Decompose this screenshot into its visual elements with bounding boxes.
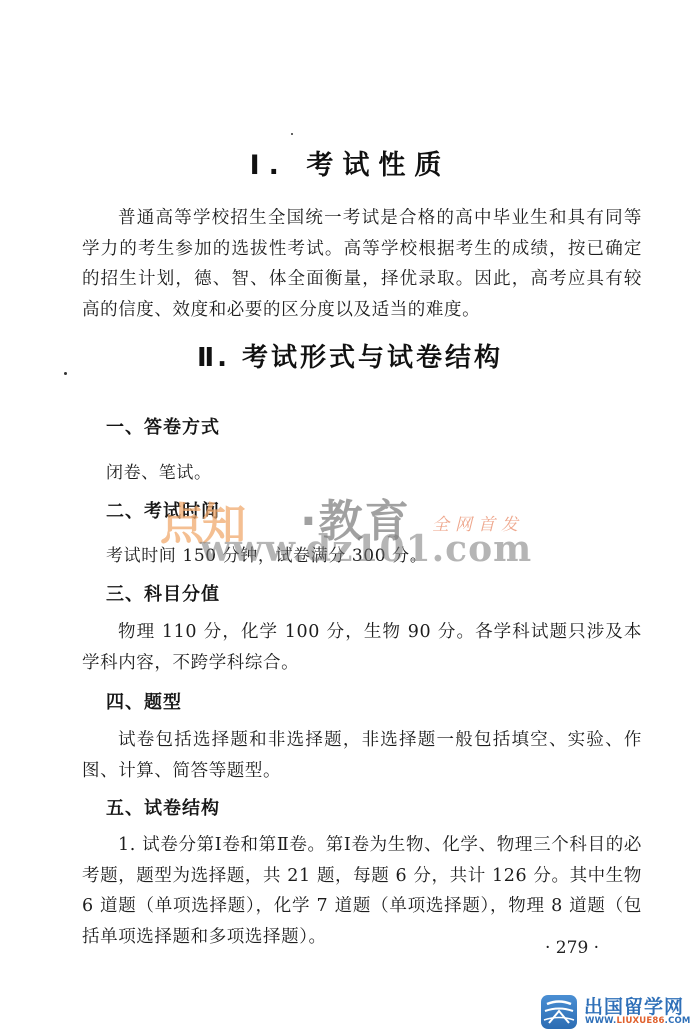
watermark-url: www.dz101.com: [200, 528, 532, 570]
page-number: · 279 ·: [545, 938, 599, 958]
subsection-title-answer-method: 一、答卷方式: [106, 413, 220, 439]
paragraph-exam-nature: 普通高等学校招生全国统一考试是合格的高中毕业生和具有同等学力的考生参加的选拔性考…: [82, 203, 642, 325]
mortarboard-icon: [541, 995, 577, 1029]
subsection-title-paper-structure: 五、试卷结构: [106, 794, 220, 820]
section-heading-exam-nature: Ⅰ. 考试性质: [0, 143, 700, 182]
document-page: Ⅰ. 考试性质 普通高等学校招生全国统一考试是合格的高中毕业生和具有同等学力的考…: [0, 0, 700, 1035]
subsection-title-subject-scores: 三、科目分值: [106, 580, 220, 606]
subsection-body-question-types: 试卷包括选择题和非选择题，非选择题一般包括填空、实验、作图、计算、简答等题型。: [82, 725, 642, 786]
scan-speck: [291, 133, 293, 135]
section-heading-exam-format: Ⅱ. 考试形式与试卷结构: [0, 337, 700, 374]
subsection-body-subject-scores: 物理 110 分，化学 100 分，生物 90 分。各学科试题只涉及本学科内容，…: [82, 617, 642, 678]
site-name: 出国留学网: [584, 992, 684, 1019]
subsection-body-answer-method: 闭卷、笔试。: [106, 458, 212, 483]
site-url: WWW.LIUXUE86.COM: [585, 1016, 691, 1026]
subsection-title-question-types: 四、题型: [106, 688, 182, 714]
subsection-body-paper-structure: 1. 试卷分第Ⅰ卷和第Ⅱ卷。第Ⅰ卷为生物、化学、物理三个科目的必考题，题型为选择…: [82, 830, 642, 952]
site-logo[interactable]: 出国留学网 WWW.LIUXUE86.COM: [541, 995, 696, 1031]
